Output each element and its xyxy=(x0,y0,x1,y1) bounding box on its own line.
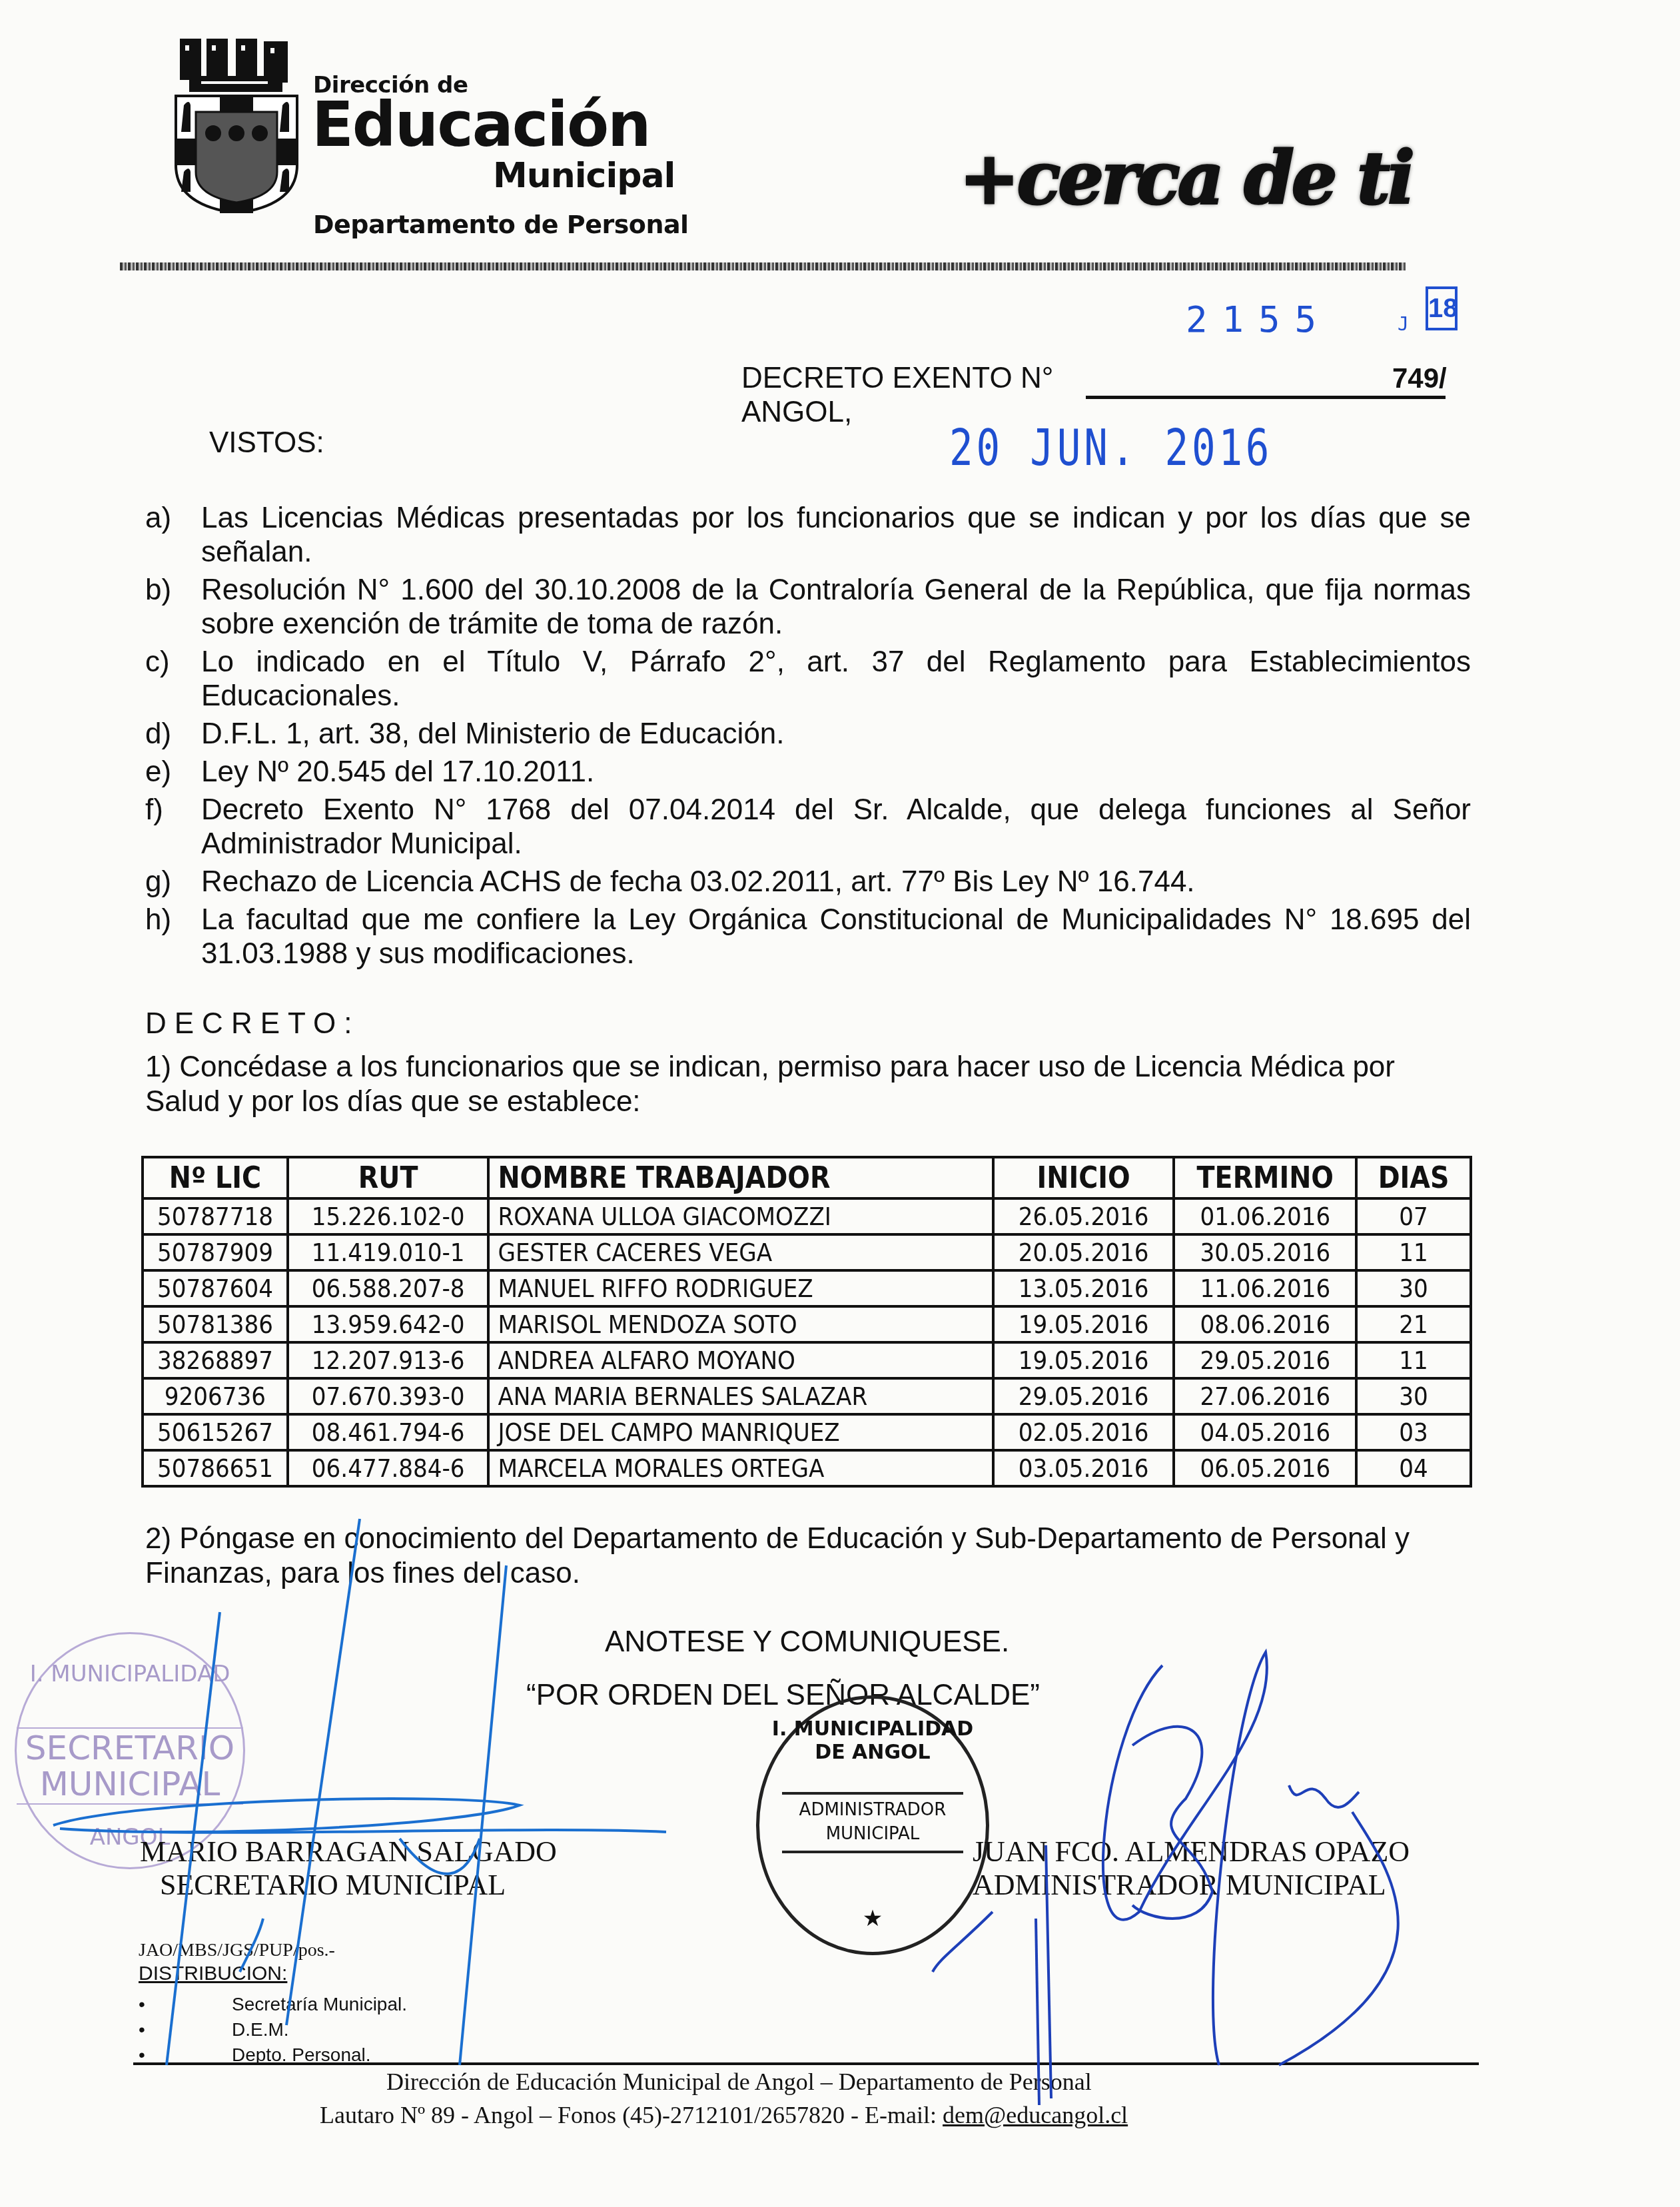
cell-end-date: 27.06.2016 xyxy=(1174,1378,1356,1414)
cell-start-date: 02.05.2016 xyxy=(993,1414,1174,1450)
considerando-label: b) xyxy=(145,573,201,641)
cell-end-date: 29.05.2016 xyxy=(1174,1342,1356,1378)
header-department: Departamento de Personal xyxy=(313,210,689,239)
cell-days: 07 xyxy=(1356,1198,1471,1234)
seal-center-2: MUNICIPAL xyxy=(17,1765,243,1805)
seal-ring-text: I. MUNICIPALIDAD xyxy=(17,1661,243,1687)
cell-start-date: 20.05.2016 xyxy=(993,1234,1174,1270)
table-row: 920673607.670.393-0ANA MARIA BERNALES SA… xyxy=(143,1378,1471,1414)
registry-number-suffix: 18 xyxy=(1426,286,1458,330)
vistos-heading: VISTOS: xyxy=(209,426,324,460)
secretary-seal: I. MUNICIPALIDAD SECRETARIO MUNICIPAL AN… xyxy=(15,1632,245,1869)
considerando-item: h)La facultad que me confiere la Ley Org… xyxy=(145,903,1471,971)
cell-rut: 15.226.102-0 xyxy=(288,1198,489,1234)
distribution-list: •Secretaría Municipal.•D.E.M.•Depto. Per… xyxy=(139,1992,407,2068)
considerando-text: Rechazo de Licencia ACHS de fecha 03.02.… xyxy=(201,865,1471,899)
cell-license-number: 50787909 xyxy=(143,1234,288,1270)
cell-end-date: 06.05.2016 xyxy=(1174,1450,1356,1486)
considerando-label: f) xyxy=(145,793,201,861)
table-row: 3826889712.207.913-6ANDREA ALFARO MOYANO… xyxy=(143,1342,1471,1378)
cell-days: 30 xyxy=(1356,1378,1471,1414)
cell-license-number: 50787604 xyxy=(143,1270,288,1306)
cell-license-number: 50787718 xyxy=(143,1198,288,1234)
cell-worker-name: ROXANA ULLOA GIACOMOZZI xyxy=(488,1198,993,1234)
col-header-worker-name: NOMBRE TRABAJADOR xyxy=(488,1157,993,1198)
cell-end-date: 30.05.2016 xyxy=(1174,1234,1356,1270)
col-header-rut: RUT xyxy=(288,1157,489,1198)
administrator-seal: I. MUNICIPALIDAD DE ANGOL ADMINISTRADOR … xyxy=(756,1695,989,1955)
considerandos-list: a)Las Licencias Médicas presentadas por … xyxy=(145,501,1471,975)
considerando-item: b)Resolución N° 1.600 del 30.10.2008 de … xyxy=(145,573,1471,641)
cell-worker-name: GESTER CACERES VEGA xyxy=(488,1234,993,1270)
distribution-item-text: D.E.M. xyxy=(232,2019,289,2040)
footer-divider xyxy=(133,2062,1479,2065)
distribution-heading: DISTRIBUCION: xyxy=(139,1963,287,1985)
considerando-text: La facultad que me confiere la Ley Orgán… xyxy=(201,903,1471,971)
medical-leave-table: Nº LIC RUT NOMBRE TRABAJADOR INICIO TERM… xyxy=(141,1156,1472,1488)
considerando-label: c) xyxy=(145,645,201,713)
considerando-item: e)Ley Nº 20.545 del 17.10.2011. xyxy=(145,755,1471,789)
table-row: 5078760406.588.207-8MANUEL RIFFO RODRIGU… xyxy=(143,1270,1471,1306)
cell-days: 04 xyxy=(1356,1450,1471,1486)
considerando-item: d)D.F.L. 1, art. 38, del Ministerio de E… xyxy=(145,717,1471,751)
closing-por-orden: “POR ORDEN DEL SEÑOR ALCALDE” xyxy=(526,1679,1040,1712)
signatory-right: JUAN FCO. ALMENDRAS OPAZO ADMINISTRADOR … xyxy=(973,1835,1410,1902)
resolution-point-1: 1) Concédase a los funcionarios que se i… xyxy=(145,1050,1471,1119)
cell-rut: 08.461.794-6 xyxy=(288,1414,489,1450)
cell-license-number: 50615267 xyxy=(143,1414,288,1450)
seal-ring-text: I. MUNICIPALIDAD DE ANGOL xyxy=(759,1717,986,1764)
cell-license-number: 38268897 xyxy=(143,1342,288,1378)
table-row: 5061526708.461.794-6JOSE DEL CAMPO MANRI… xyxy=(143,1414,1471,1450)
registry-number-prefix: J xyxy=(1398,313,1409,335)
footer-line-2: Lautaro Nº 89 - Angol – Fonos (45)-27121… xyxy=(320,2101,1128,2129)
bullet-icon: • xyxy=(139,1992,232,2017)
cell-end-date: 04.05.2016 xyxy=(1174,1414,1356,1450)
bullet-icon: • xyxy=(139,2017,232,2042)
considerando-label: e) xyxy=(145,755,201,789)
resolution-point-2: 2) Póngase en conocimiento del Departame… xyxy=(145,1522,1471,1591)
col-header-license-number: Nº LIC xyxy=(143,1157,288,1198)
footer-line-1: Dirección de Educación Municipal de Ango… xyxy=(386,2068,1092,2096)
considerando-label: a) xyxy=(145,501,201,569)
cell-start-date: 19.05.2016 xyxy=(993,1342,1174,1378)
cell-start-date: 19.05.2016 xyxy=(993,1306,1174,1342)
cell-days: 30 xyxy=(1356,1270,1471,1306)
distribution-item: •D.E.M. xyxy=(139,2017,407,2042)
cell-license-number: 50786651 xyxy=(143,1450,288,1486)
cell-rut: 13.959.642-0 xyxy=(288,1306,489,1342)
signatory-right-title: ADMINISTRADOR MUNICIPAL xyxy=(973,1869,1410,1902)
header-line-municipal: Municipal xyxy=(493,159,675,193)
cell-license-number: 50781386 xyxy=(143,1306,288,1342)
slogan-logo: +cerca de ti xyxy=(959,137,1412,221)
table-header-row: Nº LIC RUT NOMBRE TRABAJADOR INICIO TERM… xyxy=(143,1157,1471,1198)
cell-rut: 11.419.010-1 xyxy=(288,1234,489,1270)
considerando-text: Lo indicado en el Título V, Párrafo 2°, … xyxy=(201,645,1471,713)
registry-number-stamp: 2155 xyxy=(1186,298,1331,340)
considerando-text: Las Licencias Médicas presentadas por lo… xyxy=(201,501,1471,569)
decreto-heading: DECRETO: xyxy=(145,1007,360,1041)
considerando-item: c)Lo indicado en el Título V, Párrafo 2°… xyxy=(145,645,1471,713)
cell-end-date: 01.06.2016 xyxy=(1174,1198,1356,1234)
distribution-item-text: Secretaría Municipal. xyxy=(232,1994,407,2014)
cell-worker-name: MARCELA MORALES ORTEGA xyxy=(488,1450,993,1486)
cell-days: 21 xyxy=(1356,1306,1471,1342)
cell-rut: 06.588.207-8 xyxy=(288,1270,489,1306)
decree-number-underline xyxy=(1086,396,1446,399)
decree-label: DECRETO EXENTO N° xyxy=(741,362,1053,395)
col-header-end: TERMINO xyxy=(1174,1157,1356,1198)
cell-days: 03 xyxy=(1356,1414,1471,1450)
cell-rut: 12.207.913-6 xyxy=(288,1342,489,1378)
cell-worker-name: MANUEL RIFFO RODRIGUEZ xyxy=(488,1270,993,1306)
table-row: 5078790911.419.010-1GESTER CACERES VEGA2… xyxy=(143,1234,1471,1270)
signatory-left-name: MARIO BARRAGAN SALGADO xyxy=(140,1835,557,1869)
considerando-label: d) xyxy=(145,717,201,751)
seal-center-2: MUNICIPAL xyxy=(782,1824,963,1853)
distribution-item: •Secretaría Municipal. xyxy=(139,1992,407,2017)
considerando-text: Ley Nº 20.545 del 17.10.2011. xyxy=(201,755,1471,789)
cell-rut: 06.477.884-6 xyxy=(288,1450,489,1486)
signatory-right-name: JUAN FCO. ALMENDRAS OPAZO xyxy=(973,1835,1410,1869)
cell-start-date: 13.05.2016 xyxy=(993,1270,1174,1306)
date-stamp: 20 JUN. 2016 xyxy=(949,420,1272,477)
decree-number: 749/ xyxy=(1392,362,1447,394)
decree-city: ANGOL, xyxy=(741,396,852,429)
seal-center-1: ADMINISTRADOR xyxy=(782,1792,963,1820)
cell-worker-name: ANDREA ALFARO MOYANO xyxy=(488,1342,993,1378)
seal-center-1: SECRETARIO xyxy=(17,1727,243,1767)
col-header-start: INICIO xyxy=(993,1157,1174,1198)
cell-days: 11 xyxy=(1356,1234,1471,1270)
signatory-left-title: SECRETARIO MUNICIPAL xyxy=(140,1869,557,1902)
considerando-item: a)Las Licencias Médicas presentadas por … xyxy=(145,501,1471,569)
cell-end-date: 11.06.2016 xyxy=(1174,1270,1356,1306)
considerando-label: h) xyxy=(145,903,201,971)
table-row: 5078138613.959.642-0MARISOL MENDOZA SOTO… xyxy=(143,1306,1471,1342)
considerando-text: D.F.L. 1, art. 38, del Ministerio de Edu… xyxy=(201,717,1471,751)
considerando-text: Resolución N° 1.600 del 30.10.2008 de la… xyxy=(201,573,1471,641)
drafter-initials: JAO/MBS/JGS/PUP/pos.- xyxy=(139,1940,335,1961)
municipal-coat-of-arms-icon xyxy=(175,39,298,213)
cell-worker-name: ANA MARIA BERNALES SALAZAR xyxy=(488,1378,993,1414)
cell-license-number: 9206736 xyxy=(143,1378,288,1414)
considerando-item: g)Rechazo de Licencia ACHS de fecha 03.0… xyxy=(145,865,1471,899)
closing-anotese: ANOTESE Y COMUNIQUESE. xyxy=(605,1625,1009,1659)
considerando-item: f)Decreto Exento N° 1768 del 07.04.2014 … xyxy=(145,793,1471,861)
star-icon: ★ xyxy=(759,1905,986,1932)
table-row: 5078665106.477.884-6MARCELA MORALES ORTE… xyxy=(143,1450,1471,1486)
cell-worker-name: MARISOL MENDOZA SOTO xyxy=(488,1306,993,1342)
cell-days: 11 xyxy=(1356,1342,1471,1378)
header-line-educacion: Educación xyxy=(312,95,650,156)
cell-start-date: 26.05.2016 xyxy=(993,1198,1174,1234)
signatory-left: MARIO BARRAGAN SALGADO SECRETARIO MUNICI… xyxy=(140,1835,557,1902)
header-divider xyxy=(120,262,1406,270)
table-row: 5078771815.226.102-0ROXANA ULLOA GIACOMO… xyxy=(143,1198,1471,1234)
col-header-days: DIAS xyxy=(1356,1157,1471,1198)
considerando-text: Decreto Exento N° 1768 del 07.04.2014 de… xyxy=(201,793,1471,861)
cell-rut: 07.670.393-0 xyxy=(288,1378,489,1414)
cell-start-date: 29.05.2016 xyxy=(993,1378,1174,1414)
cell-worker-name: JOSE DEL CAMPO MANRIQUEZ xyxy=(488,1414,993,1450)
footer-email-link[interactable]: dem@educangol.cl xyxy=(943,2102,1128,2128)
considerando-label: g) xyxy=(145,865,201,899)
footer-address: Lautaro Nº 89 - Angol – Fonos (45)-27121… xyxy=(320,2102,937,2128)
cell-start-date: 03.05.2016 xyxy=(993,1450,1174,1486)
cell-end-date: 08.06.2016 xyxy=(1174,1306,1356,1342)
